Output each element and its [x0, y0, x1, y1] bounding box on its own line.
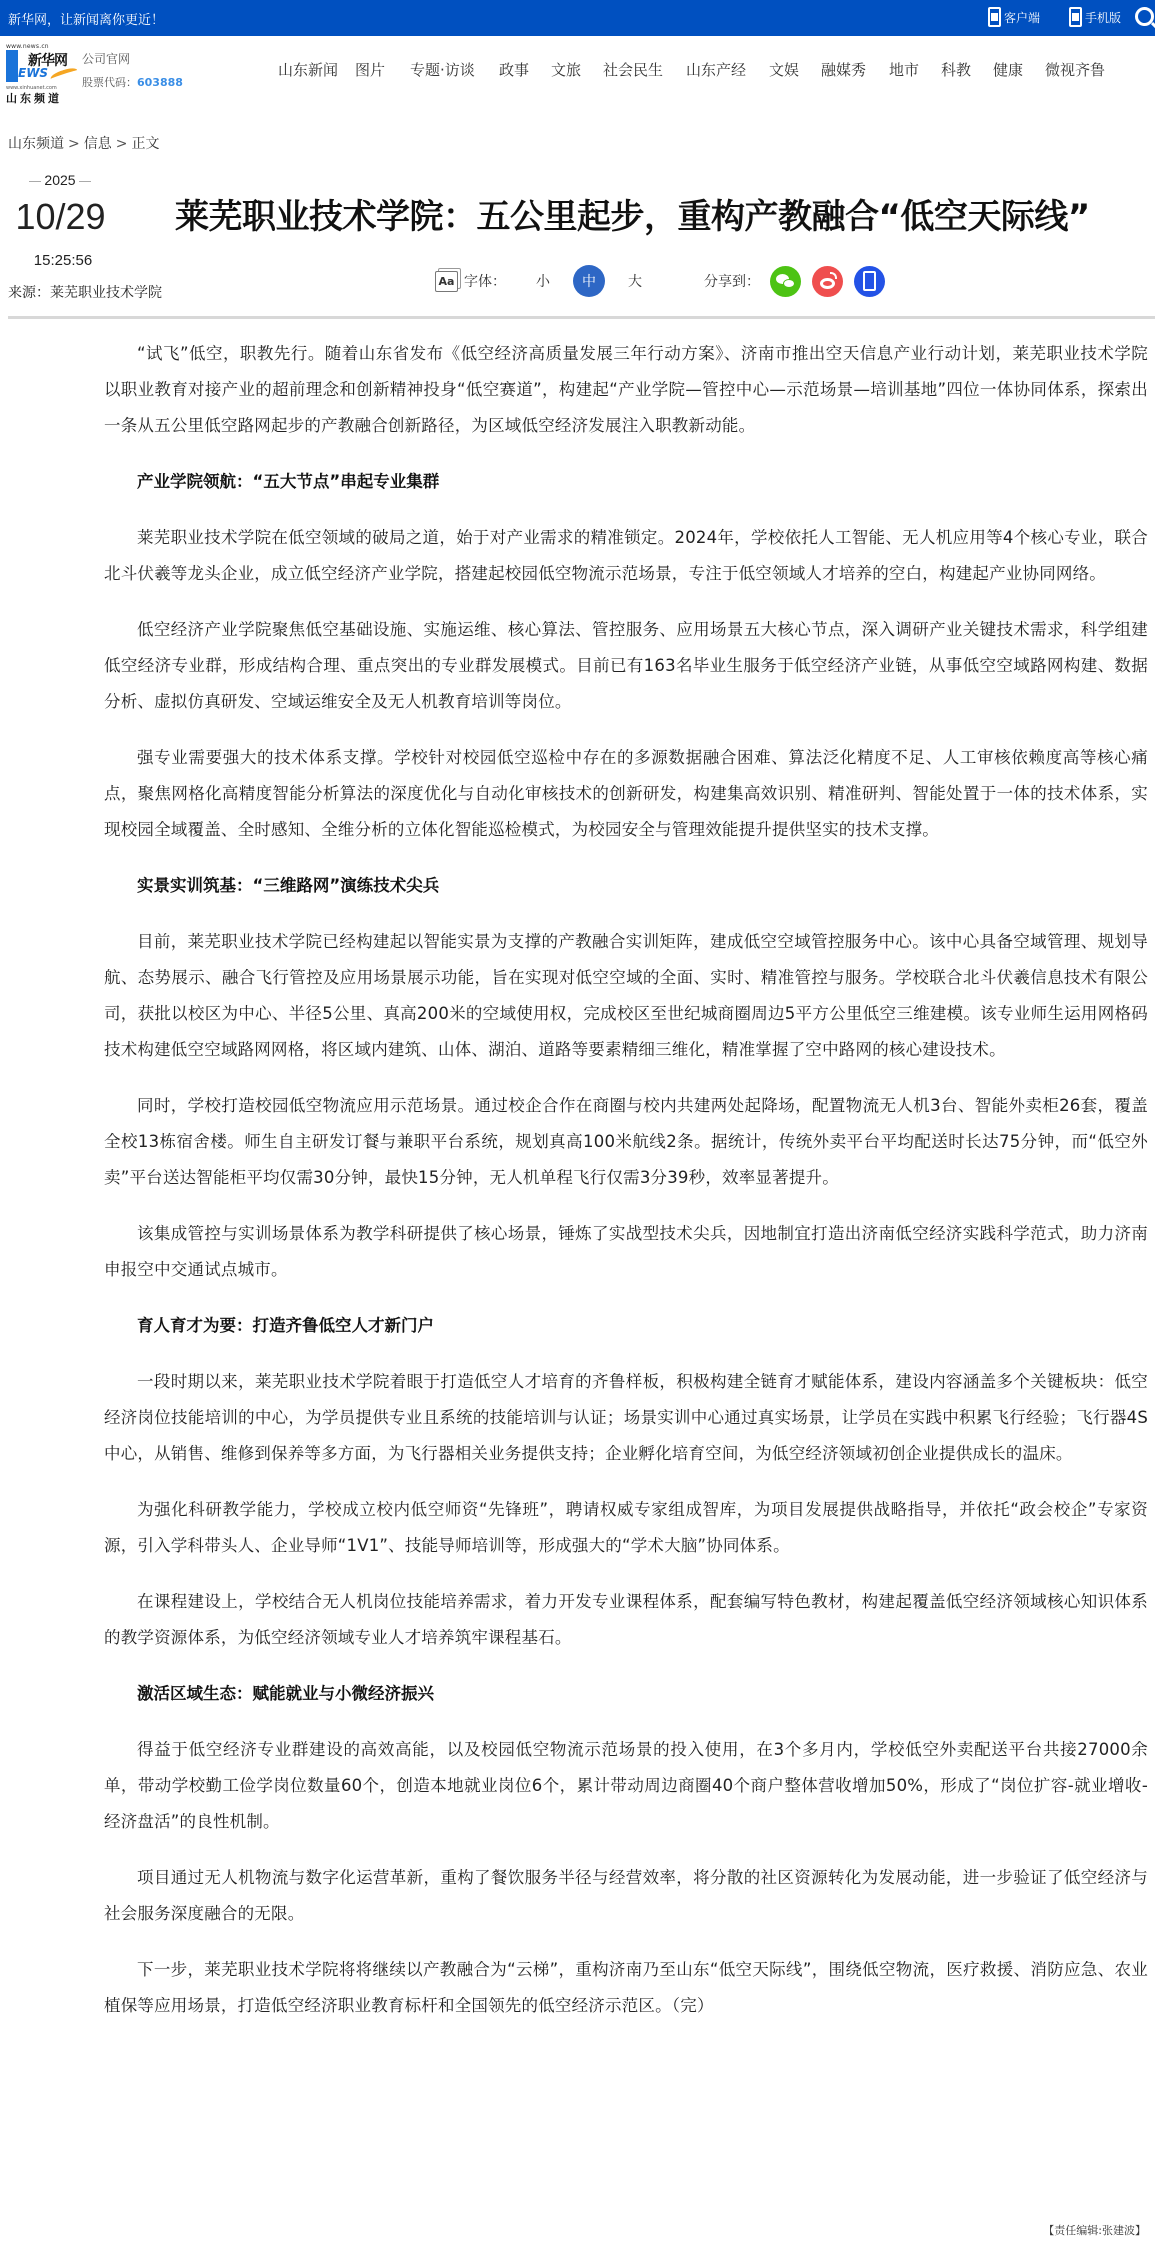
share-weibo-button[interactable]: [812, 266, 843, 297]
stock-code: 股票代码：603888: [82, 74, 183, 90]
responsible-editor: 【责任编辑:张建波】: [1043, 2222, 1146, 2238]
font-size-medium-button[interactable]: 中: [573, 265, 605, 297]
logo-n-mark: [6, 50, 18, 82]
breadcrumb-channel[interactable]: 山东频道: [8, 136, 64, 152]
paragraph: 目前，莱芜职业技术学院已经构建起以智能实景为支撑的产教融合实训矩阵，建成低空空域…: [104, 924, 1148, 1068]
client-app-link[interactable]: 客户端: [988, 7, 1040, 27]
stock-code-value[interactable]: 603888: [137, 76, 183, 89]
mobile-version-label: 手机版: [1085, 9, 1121, 26]
top-bar: 新华网，让新闻离你更近！ 客户端 手机版: [0, 0, 1155, 36]
font-size-small-button[interactable]: 小: [536, 271, 550, 291]
share-mobile-button[interactable]: [854, 266, 885, 297]
logo-channel: 山东频道: [6, 90, 62, 106]
weibo-icon-signal: [830, 272, 837, 279]
publish-month-day: 10/29: [8, 196, 113, 238]
section-heading: 育人育才为要：打造齐鲁低空人才新门户: [104, 1308, 1148, 1344]
mobile-phone-icon: [1069, 7, 1082, 27]
nav-item-health[interactable]: 健康: [993, 59, 1025, 80]
wechat-icon-bubble: [783, 279, 795, 288]
nav-item-economy[interactable]: 山东产经: [686, 59, 750, 80]
breadcrumb-separator: >: [68, 136, 80, 152]
breadcrumb-separator: >: [116, 136, 128, 152]
section-heading: 产业学院领航：“五大节点”串起专业集群: [104, 464, 1148, 500]
nav-item-science-education[interactable]: 科教: [941, 59, 973, 80]
nav-item-culture-tourism[interactable]: 文旅: [551, 59, 583, 80]
section-heading: 实景实训筑基：“三维路网”演练技术尖兵: [104, 868, 1148, 904]
breadcrumb-info[interactable]: 信息: [84, 136, 112, 152]
article-source: 来源：莱芜职业技术学院: [8, 282, 162, 302]
paragraph: 低空经济产业学院聚焦低空基础设施、实施运维、核心算法、管控服务、应用场景五大核心…: [104, 612, 1148, 720]
share-wechat-button[interactable]: [770, 266, 801, 297]
main-nav: 山东新闻 图片 专题·访谈 政事 文旅 社会民生 山东产经 文娱 融媒秀 地市 …: [278, 59, 1109, 80]
source-label: 来源：: [8, 285, 50, 301]
article-body: “试飞”低空，职教先行。随着山东省发布《低空经济高质量发展三年行动方案》、济南市…: [104, 336, 1148, 2044]
nav-item-media-show[interactable]: 融媒秀: [821, 59, 869, 80]
article-title: 莱芜职业技术学院：五公里起步，重构产教融合“低空天际线”: [175, 189, 1090, 238]
paragraph: 莱芜职业技术学院在低空领域的破局之道，始于对产业需求的精准锁定。2024年，学校…: [104, 520, 1148, 592]
breadcrumb-current: 正文: [131, 136, 159, 152]
weibo-icon: [820, 278, 835, 289]
nav-item-cities[interactable]: 地市: [889, 59, 921, 80]
app-phone-icon: [988, 7, 1001, 27]
source-value: 莱芜职业技术学院: [50, 285, 162, 301]
paragraph: 强专业需要强大的技术体系支撑。学校针对校园低空巡检中存在的多源数据融合困难、算法…: [104, 740, 1148, 848]
xinhua-shandong-logo[interactable]: www.news.cn 新华网 EWS www.xinhuanet.com 山东…: [6, 43, 74, 107]
header-divider: [8, 316, 1155, 319]
paragraph: “试飞”低空，职教先行。随着山东省发布《低空经济高质量发展三年行动方案》、济南市…: [104, 336, 1148, 444]
paragraph: 一段时期以来，莱芜职业技术学院着眼于打造低空人才培育的齐鲁样板，积极构建全链育才…: [104, 1364, 1148, 1472]
paragraph: 该集成管控与实训场景体系为教学科研提供了核心场景，锤炼了实战型技术尖兵，因地制宜…: [104, 1216, 1148, 1288]
section-heading: 激活区域生态：赋能就业与小微经济振兴: [104, 1676, 1148, 1712]
site-slogan: 新华网，让新闻离你更近！: [8, 9, 164, 28]
corporate-site-link[interactable]: 公司官网: [82, 50, 130, 67]
paragraph: 得益于低空经济专业群建设的高效高能，以及校园低空物流示范场景的投入使用，在3个多…: [104, 1732, 1148, 1840]
publish-time: 15:25:56: [18, 252, 108, 269]
search-icon[interactable]: [1135, 7, 1154, 26]
client-app-label: 客户端: [1004, 9, 1040, 26]
nav-item-features-interviews[interactable]: 专题·访谈: [410, 59, 480, 80]
mobile-version-link[interactable]: 手机版: [1069, 7, 1121, 27]
paragraph: 在课程建设上，学校结合无人机岗位技能培养需求，着力开发专业课程体系，配套编写特色…: [104, 1584, 1148, 1656]
paragraph: 下一步，莱芜职业技术学院将将继续以产教融合为“云梯”，重构济南乃至山东“低空天际…: [104, 1952, 1148, 2024]
article-tools: Aa 字体： 小 中 大 分享到：: [435, 265, 885, 297]
mobile-phone-icon: [863, 271, 876, 291]
paragraph: 同时，学校打造校园低空物流应用示范场景。通过校企合作在商圈与校内共建两处起降场，…: [104, 1088, 1148, 1196]
nav-item-pictures[interactable]: 图片: [355, 59, 387, 80]
font-size-icon: Aa: [435, 271, 458, 292]
nav-item-society[interactable]: 社会民生: [603, 59, 667, 80]
logo-url: www.news.cn: [6, 43, 49, 50]
nav-item-shandong-news[interactable]: 山东新闻: [278, 59, 340, 80]
logo-news: EWS: [18, 66, 48, 80]
nav-item-entertainment[interactable]: 文娱: [769, 59, 801, 80]
stock-label: 股票代码：: [82, 76, 137, 89]
site-header: www.news.cn 新华网 EWS www.xinhuanet.com 山东…: [0, 36, 1155, 110]
nav-item-politics[interactable]: 政事: [499, 59, 531, 80]
font-size-large-button[interactable]: 大: [628, 271, 642, 291]
paragraph: 为强化科研教学能力，学校成立校内低空师资“先锋班”，聘请权威专家组成智库，为项目…: [104, 1492, 1148, 1564]
font-size-label: 字体：: [464, 271, 506, 291]
share-label: 分享到：: [704, 271, 760, 291]
publish-year: 2025: [20, 172, 100, 188]
paragraph: 项目通过无人机物流与数字化运营革新，重构了餐饮服务半径与经营效率，将分散的社区资…: [104, 1860, 1148, 1932]
nav-item-micro-video[interactable]: 微视齐鲁: [1045, 59, 1109, 80]
breadcrumb: 山东频道>信息>正文: [8, 133, 159, 153]
